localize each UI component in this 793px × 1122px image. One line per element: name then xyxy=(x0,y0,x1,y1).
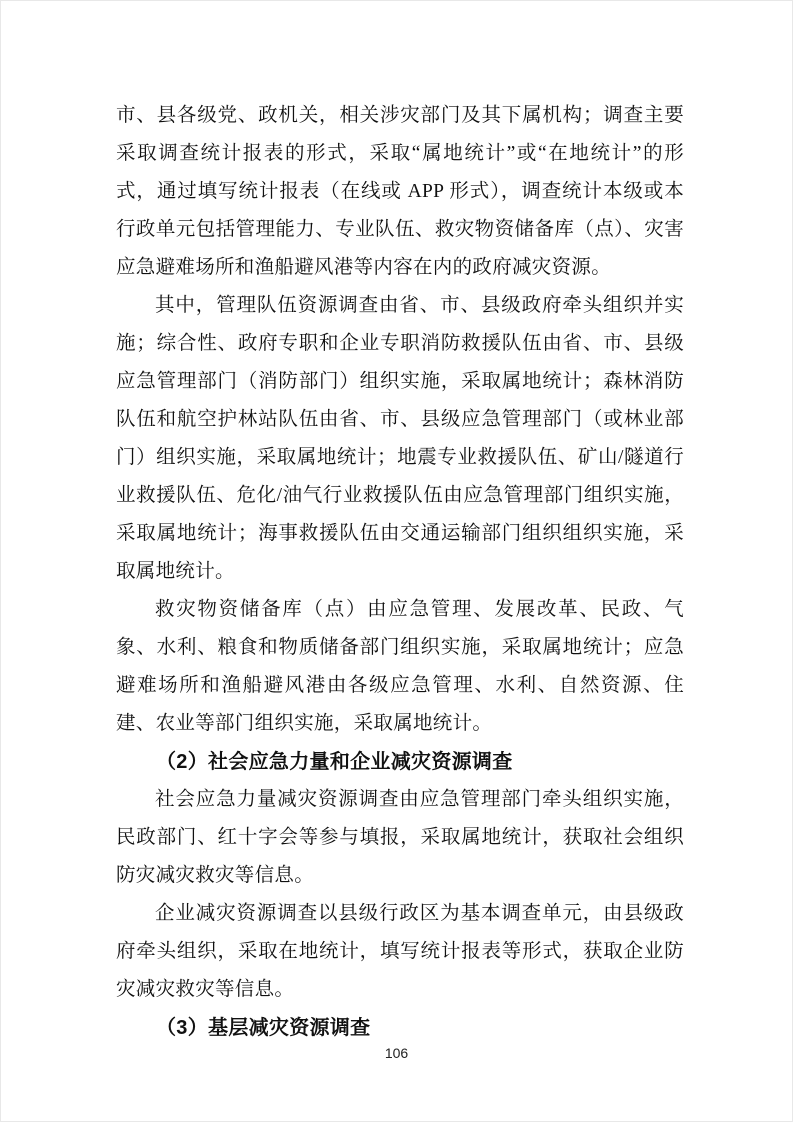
document-page: 市、县各级党、政机关，相关涉灾部门及其下属机构；调查主要采取调查统计报表的形式，… xyxy=(0,0,793,1122)
page-footer: 106 xyxy=(1,1045,792,1063)
section-heading-3: （3）基层减灾资源调查 xyxy=(116,1009,684,1047)
document-content: 市、县各级党、政机关，相关涉灾部门及其下属机构；调查主要采取调查统计报表的形式，… xyxy=(116,97,684,1047)
body-paragraph-continuation: 市、县各级党、政机关，相关涉灾部门及其下属机构；调查主要采取调查统计报表的形式，… xyxy=(116,97,684,287)
body-paragraph: 企业减灾资源调查以县级行政区为基本调查单元，由县级政府牵头组织，采取在地统计，填… xyxy=(116,895,684,1009)
page-number: 106 xyxy=(385,1045,408,1061)
section-heading-2: （2）社会应急力量和企业减灾资源调查 xyxy=(116,743,684,781)
body-paragraph: 其中，管理队伍资源调查由省、市、县级政府牵头组织并实施；综合性、政府专职和企业专… xyxy=(116,287,684,591)
body-paragraph: 社会应急力量减灾资源调查由应急管理部门牵头组织实施，民政部门、红十字会等参与填报… xyxy=(116,781,684,895)
body-paragraph: 救灾物资储备库（点）由应急管理、发展改革、民政、气象、水利、粮食和物质储备部门组… xyxy=(116,591,684,743)
